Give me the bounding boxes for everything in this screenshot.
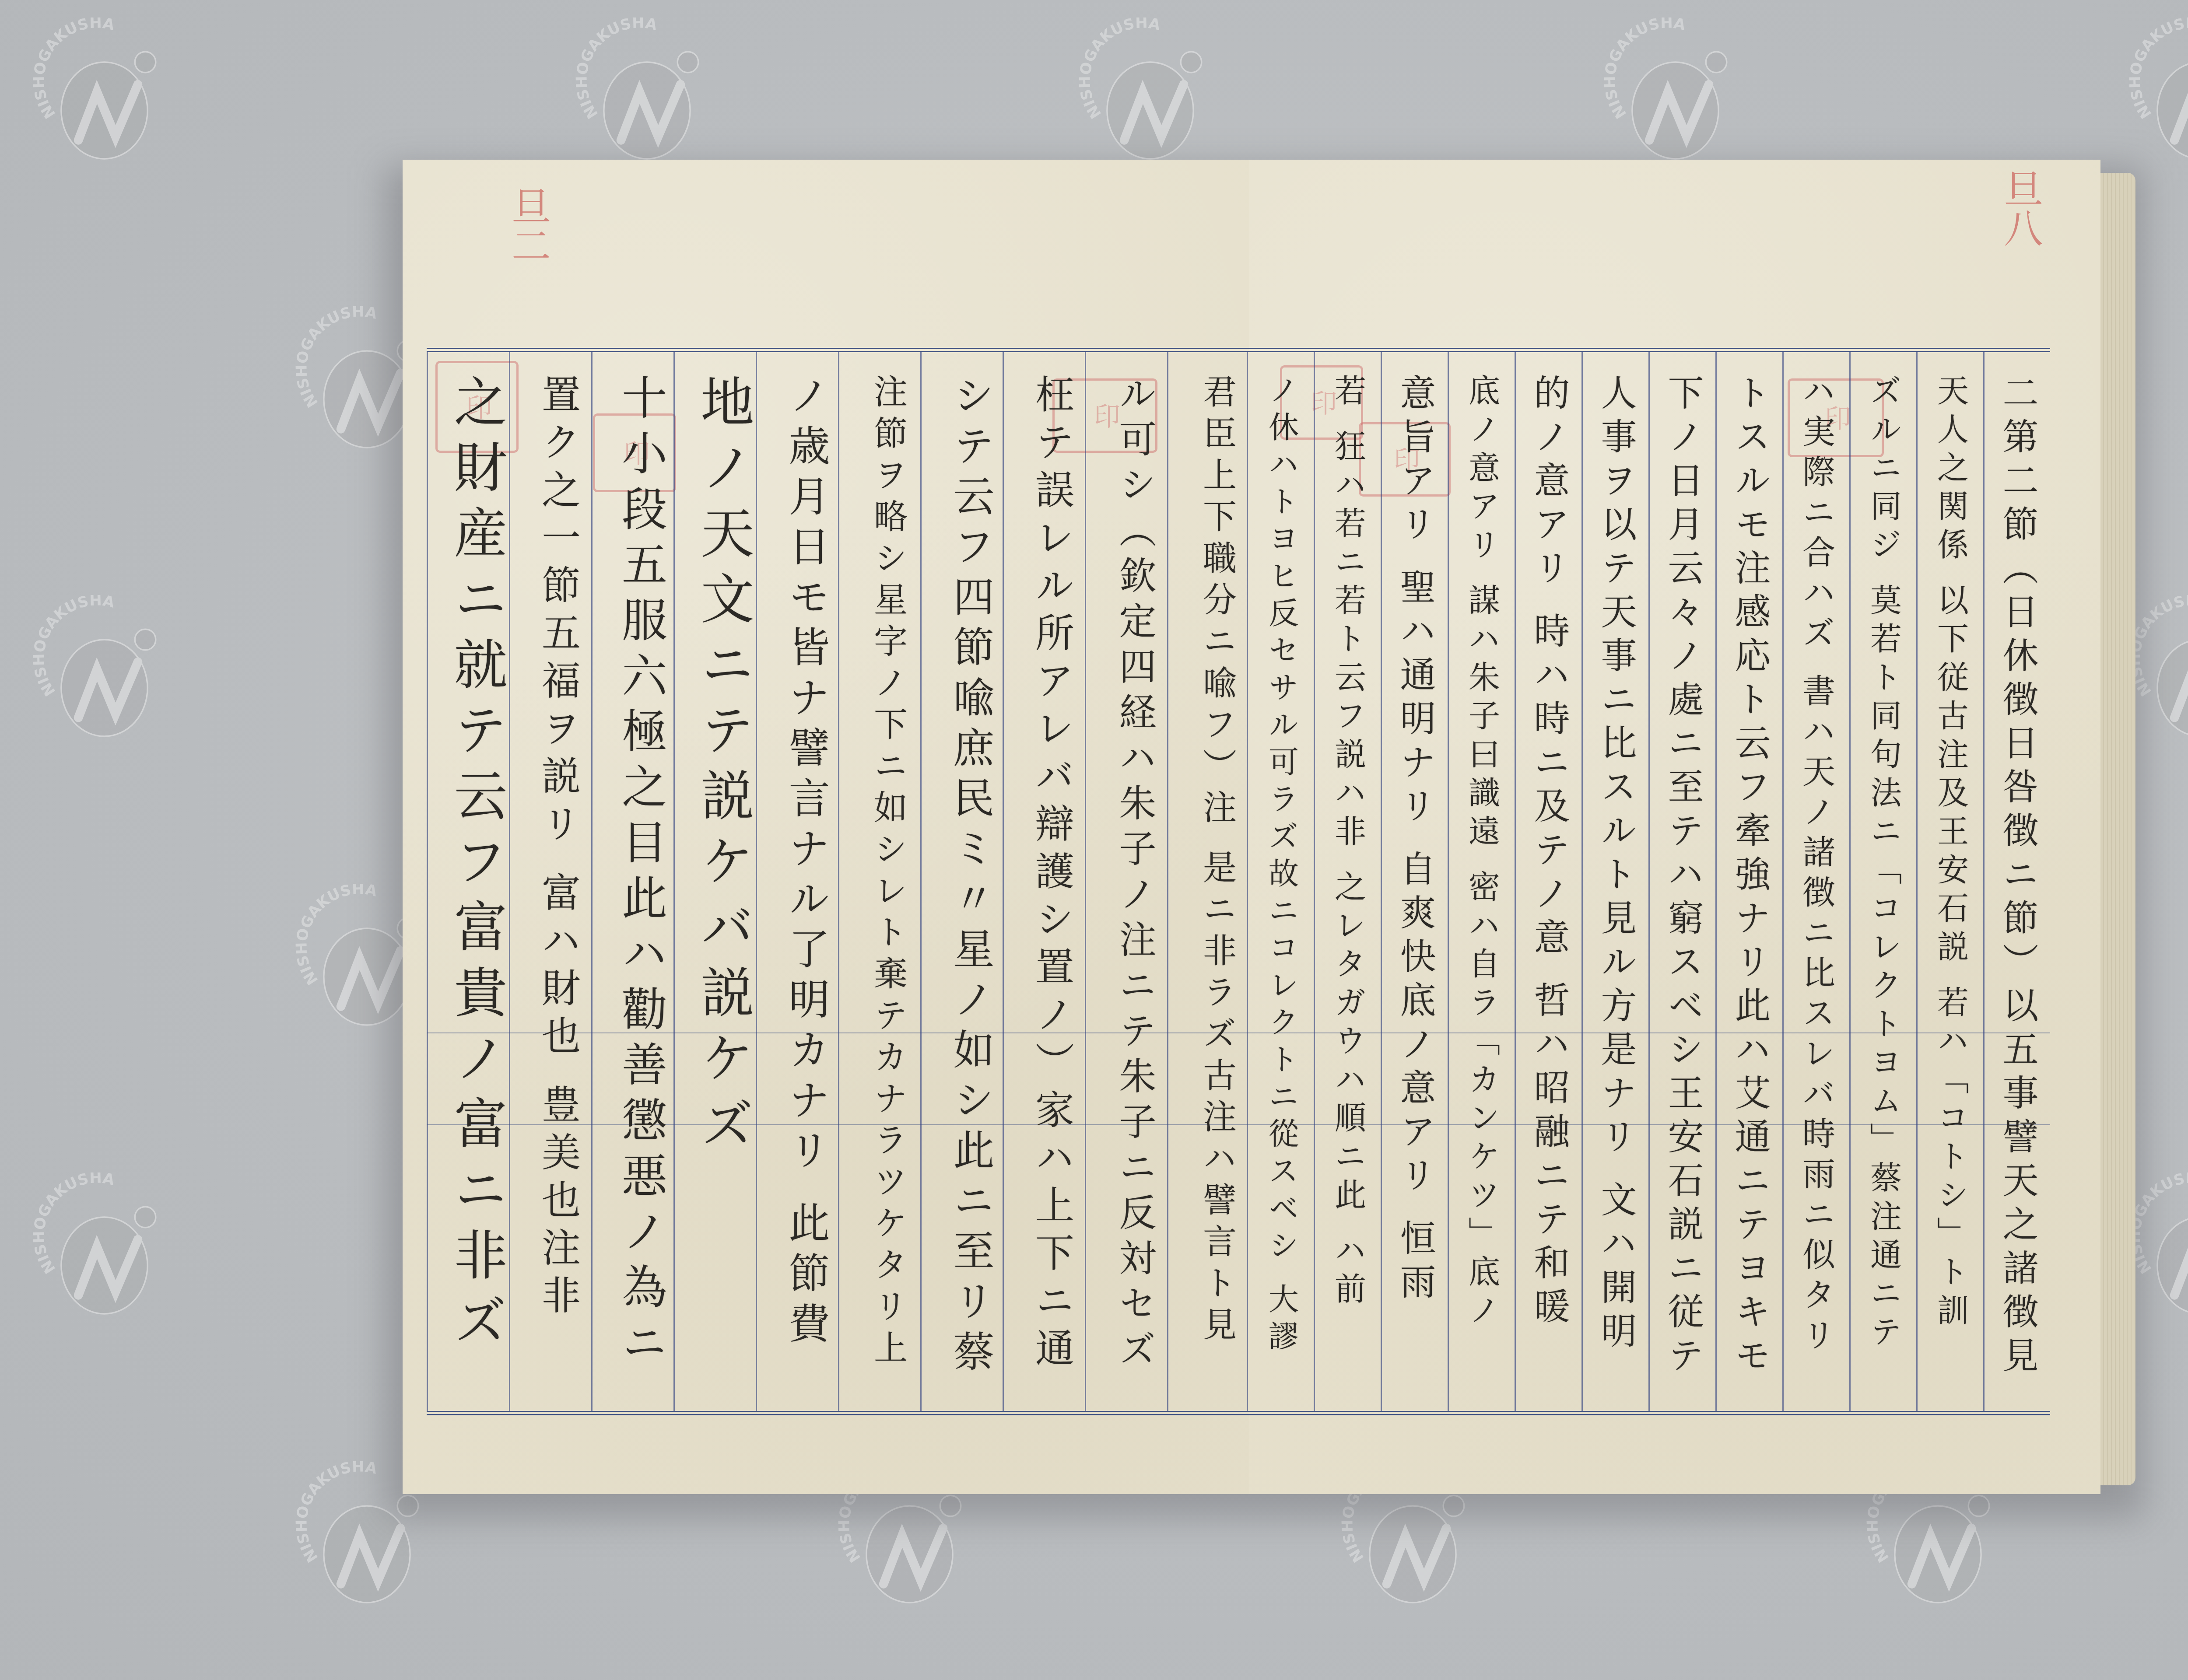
handwritten-line: 二第二節（日休徴日咎徴ニ節）以五事譬天之諸徴見 xyxy=(1985,374,2050,1398)
text-column: 君臣上下職分ニ喩フ）注 是ニ非ラズ古注ハ譬言ト見 xyxy=(1167,352,1249,1411)
handwritten-line: 若 狂ハ若ニ若ト云フ説ハ非 之レタガウハ順ニ此 ハ前 xyxy=(1315,374,1381,1398)
text-column: 意旨アリ 聖ハ通明ナリ 自爽快底ノ意アリ 恒雨 xyxy=(1381,352,1448,1411)
handwritten-line: 枉テ誤レル所アレバ辯護シ置ノ）家ハ上下ニ通 xyxy=(1019,374,1085,1398)
left-page-number: 旦二 xyxy=(499,186,556,265)
text-column: ノ歳月日モ皆ナ譬言ナル了明カナリ 此節費 xyxy=(756,352,838,1411)
text-column: 地ノ天文ニテ説ケバ説ケズ xyxy=(673,352,756,1411)
handwritten-line: 地ノ天文ニテ説ケバ説ケズ xyxy=(690,374,756,1398)
handwritten-line: ノ休ハトヨヒ反セサル可ラズ故ニコレクトニ從スベシ 大謬 xyxy=(1248,374,1314,1398)
handwritten-line: 下ノ日月云々ノ處ニ至テハ窮スベシ王安石説ニ従テ xyxy=(1650,374,1715,1398)
right-page-number: 旦八 xyxy=(1991,168,2048,247)
text-column: 注節ヲ略シ星字ノ下ニ如シレト棄テカナラツケタリ上 xyxy=(838,352,920,1411)
text-column: トスルモ注感応ト云フ牽強ナリ此ハ艾通ニテヨキモ xyxy=(1715,352,1782,1411)
right-ruled-frame: 印 印 印 二第二節（日休徴日咎徴ニ節）以五事譬天之諸徴見天人之関係 以下従古注… xyxy=(1249,348,2050,1415)
text-column: 置ク之一節五福ヲ説リ 富ハ財也 豊美也注非 xyxy=(509,352,591,1411)
handwritten-line: トスルモ注感応ト云フ牽強ナリ此ハ艾通ニテヨキモ xyxy=(1717,374,1782,1398)
text-column: 天人之関係 以下従古注及王安石説 若ハ「コトシ」ト訓 xyxy=(1916,352,1983,1411)
handwritten-line: 天人之関係 以下従古注及王安石説 若ハ「コトシ」ト訓 xyxy=(1918,374,1983,1398)
handwritten-line: 人事ヲ以テ天事ニ比スルト見ル方是ナリ 文ハ開明 xyxy=(1583,374,1648,1398)
right-text-columns: 二第二節（日休徴日咎徴ニ節）以五事譬天之諸徴見天人之関係 以下従古注及王安石説 … xyxy=(1249,352,2050,1411)
text-column: 若 狂ハ若ニ若ト云フ説ハ非 之レタガウハ順ニ此 ハ前 xyxy=(1314,352,1381,1411)
left-ruled-frame: 印 印 印 君臣上下職分ニ喩フ）注 是ニ非ラズ古注ハ譬言ト見ル可シ（欽定四経ハ朱… xyxy=(427,348,1249,1415)
text-column: 枉テ誤レル所アレバ辯護シ置ノ）家ハ上下ニ通 xyxy=(1003,352,1085,1411)
handwritten-line: 底ノ意アリ 謀ハ朱子曰識遠 密ハ自ラ「カンケツ」底ノ xyxy=(1449,374,1515,1398)
text-column: ズルニ同ジ 莫若ト同句法ニ「コレクトヨム」蔡注通ニテ xyxy=(1849,352,1916,1411)
text-column: 之財産ニ就テ云フ富貴ノ富ニ非ズ xyxy=(427,352,509,1411)
page-edges xyxy=(2100,173,2135,1485)
left-page: 旦二 印 印 印 君臣上下職分ニ喩フ）注 是ニ非ラズ古注ハ譬言ト見ル可シ（欽定四… xyxy=(403,160,1250,1494)
handwritten-line: 十小段五服六極之目此ハ勸善懲悪ノ為ニ xyxy=(608,374,673,1398)
handwritten-line: 之財産ニ就テ云フ富貴ノ富ニ非ズ xyxy=(443,374,509,1398)
text-column: ハ実際ニ合ハズ 書ハ天ノ諸徴ニ比スレバ時雨ニ似タリ xyxy=(1782,352,1849,1411)
text-column: 二第二節（日休徴日咎徴ニ節）以五事譬天之諸徴見 xyxy=(1983,352,2050,1411)
left-text-columns: 君臣上下職分ニ喩フ）注 是ニ非ラズ古注ハ譬言ト見ル可シ（欽定四経ハ朱子ノ注ニテ朱… xyxy=(427,352,1249,1411)
handwritten-line: ズルニ同ジ 莫若ト同句法ニ「コレクトヨム」蔡注通ニテ xyxy=(1851,374,1916,1398)
text-column: シテ云フ四節喩庶民ミ〃星ノ如シ此ニ至リ蔡 xyxy=(920,352,1003,1411)
handwritten-line: ノ歳月日モ皆ナ譬言ナル了明カナリ 此節費 xyxy=(772,374,838,1398)
text-column: 的ノ意アリ 時ハ時ニ及テノ意 哲ハ昭融ニテ和暖 xyxy=(1515,352,1581,1411)
text-column: ノ休ハトヨヒ反セサル可ラズ故ニコレクトニ從スベシ 大謬 xyxy=(1247,352,1314,1411)
handwritten-line: シテ云フ四節喩庶民ミ〃星ノ如シ此ニ至リ蔡 xyxy=(937,374,1003,1398)
open-book: 旦二 印 印 印 君臣上下職分ニ喩フ）注 是ニ非ラズ古注ハ譬言ト見ル可シ（欽定四… xyxy=(403,160,2100,1494)
right-page: 旦八 印 印 印 二第二節（日休徴日咎徴ニ節）以五事譬天之諸徴見天人之関係 以下… xyxy=(1249,160,2100,1494)
text-column: ル可シ（欽定四経ハ朱子ノ注ニテ朱子ニ反対セズ xyxy=(1085,352,1167,1411)
handwritten-line: 的ノ意アリ 時ハ時ニ及テノ意 哲ハ昭融ニテ和暖 xyxy=(1516,374,1581,1398)
handwritten-line: 置ク之一節五福ヲ説リ 富ハ財也 豊美也注非 xyxy=(526,374,591,1398)
handwritten-line: 君臣上下職分ニ喩フ）注 是ニ非ラズ古注ハ譬言ト見 xyxy=(1184,374,1249,1398)
handwritten-line: ハ実際ニ合ハズ 書ハ天ノ諸徴ニ比スレバ時雨ニ似タリ xyxy=(1784,374,1849,1398)
handwritten-line: 意旨アリ 聖ハ通明ナリ 自爽快底ノ意アリ 恒雨 xyxy=(1382,374,1448,1398)
text-column: 底ノ意アリ 謀ハ朱子曰識遠 密ハ自ラ「カンケツ」底ノ xyxy=(1448,352,1515,1411)
text-column: 人事ヲ以テ天事ニ比スルト見ル方是ナリ 文ハ開明 xyxy=(1581,352,1648,1411)
text-column: 十小段五服六極之目此ハ勸善懲悪ノ為ニ xyxy=(591,352,673,1411)
handwritten-line: 注節ヲ略シ星字ノ下ニ如シレト棄テカナラツケタリ上 xyxy=(855,374,920,1398)
text-column: 下ノ日月云々ノ處ニ至テハ窮スベシ王安石説ニ従テ xyxy=(1648,352,1715,1411)
handwritten-line: ル可シ（欽定四経ハ朱子ノ注ニテ朱子ニ反対セズ xyxy=(1101,374,1167,1398)
